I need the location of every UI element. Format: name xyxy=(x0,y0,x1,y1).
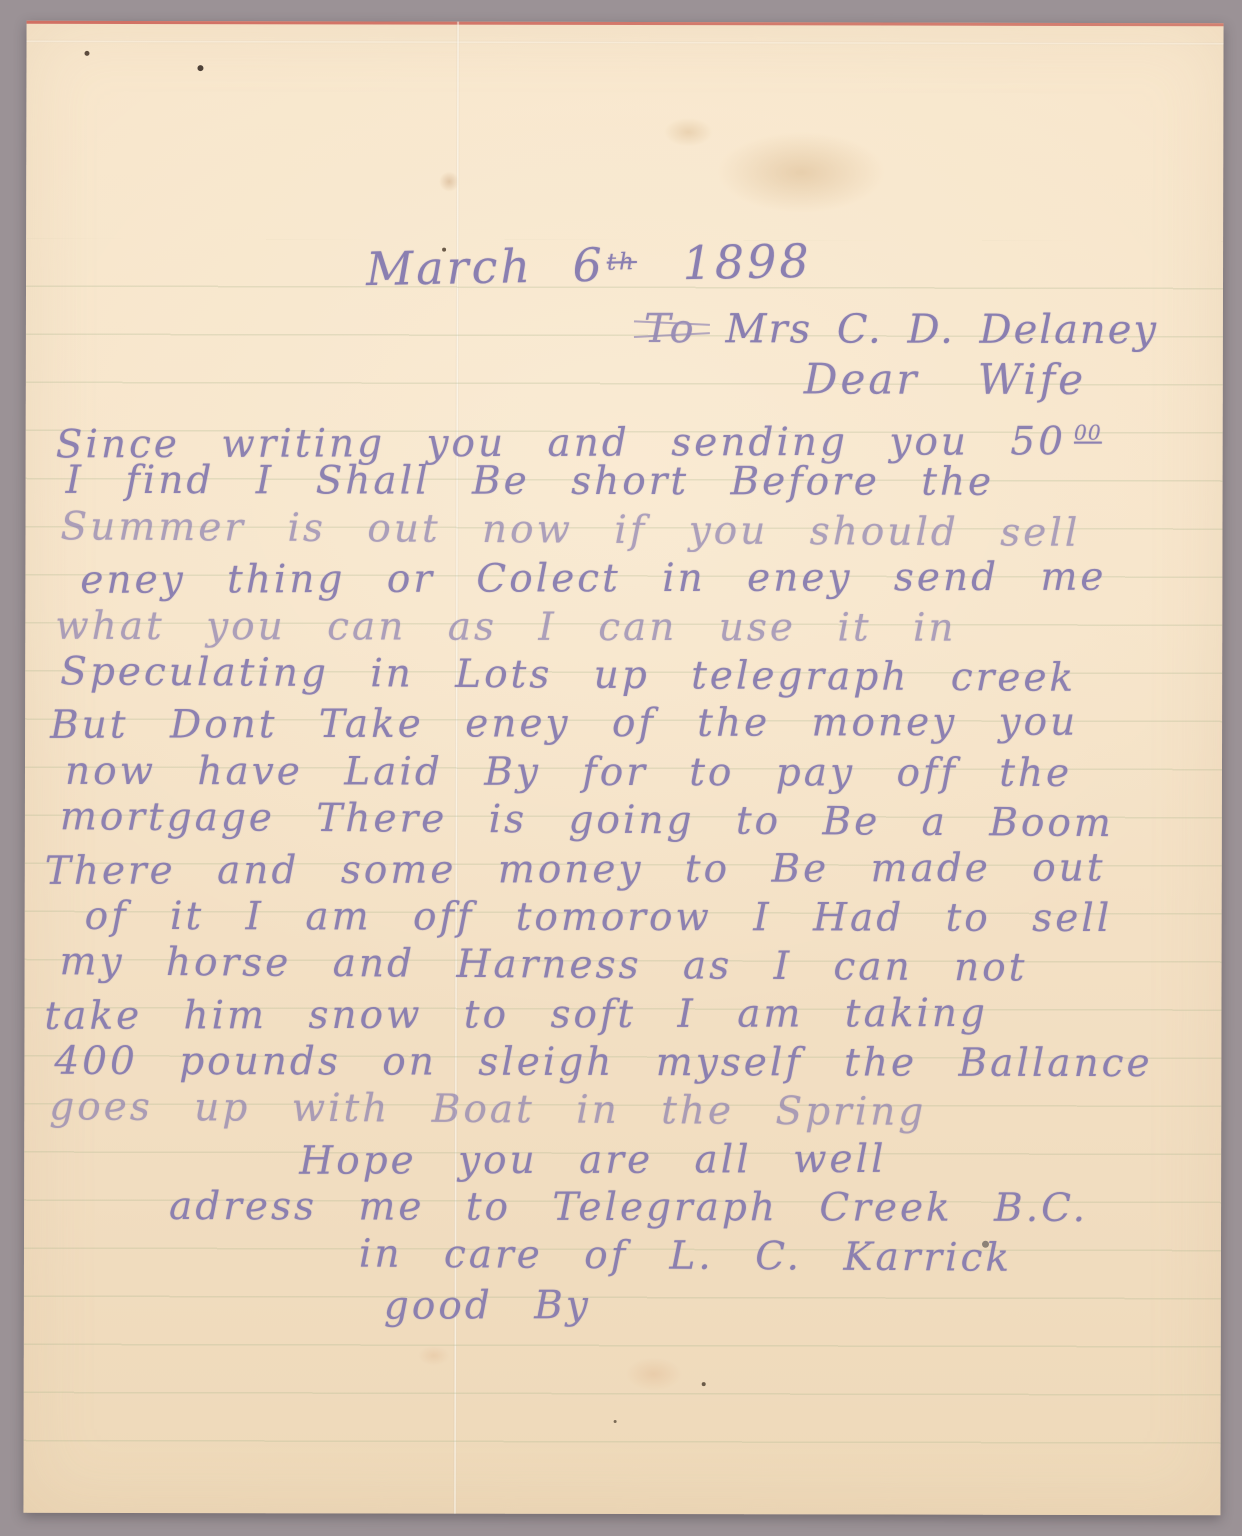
line-text: of it I am off tomorow I Had to sell xyxy=(85,894,1113,941)
line-text: Speculating in Lots up telegraph creek xyxy=(60,649,1076,701)
salutation: Dear Wife xyxy=(804,354,1086,404)
line-text: There and some money to Be made out xyxy=(45,845,1106,893)
photo-background: { "scene": { "background_color": "#9b929… xyxy=(0,0,1242,1536)
line-text: But Dont Take eney of the money you xyxy=(50,700,1078,748)
handwritten-line: Speculating in Lots up telegraph creek xyxy=(60,648,1216,704)
handwritten-line: in care of L. C. Karrick xyxy=(359,1230,1215,1284)
handwritten-line: good By xyxy=(384,1280,1215,1331)
handwritten-line: But Dont Take eney of the money you xyxy=(50,699,1216,751)
horizontal-fold-crease xyxy=(27,40,1224,46)
crossed-out-scribble: To xyxy=(644,306,696,352)
handwritten-line: goes up with Boat in the Spring xyxy=(49,1084,1215,1140)
line-text: good By xyxy=(384,1283,591,1329)
handwritten-line: Summer is out now if you should sell xyxy=(60,503,1216,559)
recipient-name: Mrs C. D. Delaney xyxy=(726,306,1159,353)
date-prefix: March 6 xyxy=(366,238,606,296)
handwritten-line: I find I Shall Be short Before the xyxy=(66,457,1217,508)
handwritten-line: what you can as I can use it in xyxy=(55,602,1216,653)
line-text: in care of L. C. Karrick xyxy=(359,1231,1012,1280)
line-text: my horse and Harness as I can not xyxy=(59,940,1027,991)
line-text: mortgage There is going to Be a Boom xyxy=(60,794,1114,846)
line-text: 400 pounds on sleigh myself the Ballance xyxy=(54,1039,1152,1086)
handwritten-line: now have Laid By for to pay off the xyxy=(65,748,1216,799)
handwritten-line: mortgage There is going to Be a Boom xyxy=(60,793,1216,849)
handwritten-line: Since writing you and sending you 5000 xyxy=(56,408,1217,460)
line-text: I find I Shall Be short Before the xyxy=(66,458,995,505)
letter-paper: March 6th 1898 ToMrs C. D. Delaney Dear … xyxy=(23,21,1223,1516)
paper-top-edge-line xyxy=(27,21,1224,27)
line-text: now have Laid By for to pay off the xyxy=(65,749,1072,796)
recipient-line: ToMrs C. D. Delaney xyxy=(644,306,1158,353)
handwritten-line: 400 pounds on sleigh myself the Ballance xyxy=(54,1038,1215,1089)
superscript-cents: 00 xyxy=(1074,421,1102,445)
letter-body: Since writing you and sending you 5000I … xyxy=(54,409,1217,1331)
line-text: take him snow to soft I am taking xyxy=(44,991,988,1039)
date-year: 1898 xyxy=(682,234,812,290)
handwritten-line: of it I am off tomorow I Had to sell xyxy=(85,893,1216,944)
line-text: adress me to Telegraph Creek B.C. xyxy=(169,1184,1088,1231)
handwritten-line: take him snow to soft I am taking xyxy=(44,989,1215,1041)
date-ordinal-superscript: th xyxy=(607,249,638,276)
paper-speck xyxy=(702,1382,706,1386)
line-text: what you can as I can use it in xyxy=(55,603,956,650)
handwritten-line: adress me to Telegraph Creek B.C. xyxy=(169,1183,1215,1234)
handwritten-line: my horse and Harness as I can not xyxy=(59,939,1215,995)
line-text: goes up with Boat in the Spring xyxy=(49,1085,926,1136)
handwritten-line: Hope you are all well xyxy=(299,1135,1215,1186)
line-text: Summer is out now if you should sell xyxy=(60,504,1080,556)
paper-speck xyxy=(197,65,203,71)
handwritten-line: eney thing or Colect in eney send me xyxy=(80,553,1216,605)
handwritten-line: There and some money to Be made out xyxy=(45,844,1216,896)
line-text: Hope you are all well xyxy=(299,1137,886,1184)
paper-speck xyxy=(84,51,89,56)
paper-speck xyxy=(614,1420,617,1423)
date-line: March 6th 1898 xyxy=(366,234,813,296)
line-text: eney thing or Colect in eney send me xyxy=(80,555,1106,603)
